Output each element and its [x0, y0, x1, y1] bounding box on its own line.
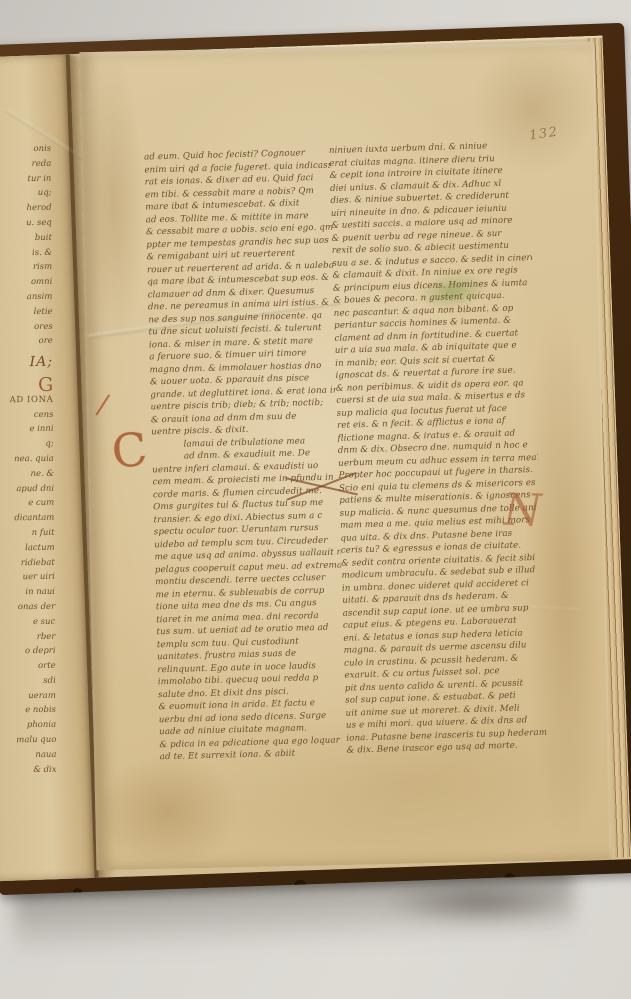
page-number: 132 [528, 125, 559, 144]
fragment-line: G [0, 378, 53, 393]
red-margin-stroke [95, 394, 110, 415]
left-text-column: ad eum. Quid hoc fecisti? Cognouerenim u… [144, 147, 346, 764]
fragment-line: ore [0, 334, 53, 349]
x-mark-stroke [287, 472, 357, 501]
fragment-line: dicantam [0, 511, 54, 526]
fragment-line: uq; [0, 186, 52, 201]
fragment-line: naua [0, 748, 56, 763]
manuscript-photo: onisredatur inuq;herodu. seqbuitis. &ris… [0, 0, 631, 999]
fragment-line: herod [0, 201, 52, 216]
fragment-line: e suc [0, 615, 55, 630]
fragment-line: letie [0, 305, 53, 320]
fragment-line: e inni [0, 422, 54, 437]
right-text-column: niniuen iuxta uerbum dni. & niniueerat c… [329, 139, 547, 757]
fragment-line: uer uiri [0, 570, 55, 585]
fragment-line: onas der [0, 600, 55, 615]
fragment-line: ansim [0, 290, 53, 305]
fragment-line: cens [0, 407, 54, 422]
fragment-line: rism [0, 260, 52, 275]
fragment-line: reda [0, 157, 51, 172]
book: onisredatur inuq;herodu. seqbuitis. &ris… [0, 23, 631, 895]
fragment-line: ueram [0, 689, 56, 704]
correction-x-mark [284, 465, 359, 513]
fragment-line: omni [0, 275, 52, 290]
fragment-line: orte [0, 659, 56, 674]
main-page: 132 C ad eum. Quid hoc fecisti? Cognouer… [79, 42, 611, 871]
fragment-line: tur in [0, 171, 51, 186]
page-block: onisredatur inuq;herodu. seqbuitis. &ris… [0, 36, 631, 882]
fragment-line: onis [0, 142, 51, 157]
fragment-line: rber [0, 629, 55, 644]
fragment-line: ores [0, 319, 53, 334]
fragment-line: sdi [0, 674, 56, 689]
fragment-line: e cum [0, 496, 54, 511]
fragment-line: IA; [0, 355, 53, 370]
fragment-line: nea. quia [0, 452, 54, 467]
fragment-line: lactum [0, 541, 55, 556]
fragment-line: is. & [0, 245, 52, 260]
fragment-line: n fuit [0, 526, 55, 541]
fragment-line: apud dni [0, 481, 54, 496]
fragment-line: phonia [0, 718, 56, 733]
book-corner-shadow [330, 880, 580, 990]
facing-page-fragments: onisredatur inuq;herodu. seqbuitis. &ris… [0, 142, 57, 778]
fragment-line: ridiebat [0, 555, 55, 570]
fragment-line: e nobis [0, 703, 56, 718]
fragment-line: buit [0, 231, 52, 246]
fragment-line: & dix [0, 763, 57, 778]
fragment-line: o depri [0, 644, 56, 659]
fragment-line: ne. & [0, 467, 54, 482]
fragment-line: AD IONA [0, 393, 53, 408]
fragment-line: q; [0, 437, 54, 452]
decorated-initial: C [109, 426, 149, 476]
fragment-line: u. seq [0, 216, 52, 231]
fragment-line: malu quo [0, 733, 56, 748]
fragment-line: in naui [0, 585, 55, 600]
